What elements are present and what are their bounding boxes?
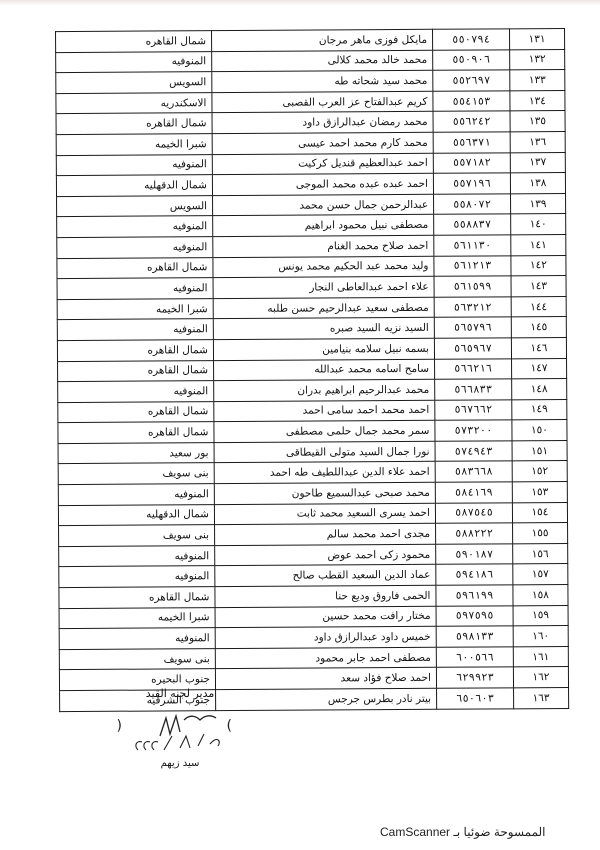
serial-cell: ١٥٨ (513, 585, 568, 606)
governorate-cell: المنوفيه (56, 154, 212, 176)
serial-cell: ١٥٧ (513, 564, 568, 585)
svg-text:(: ( (117, 718, 122, 734)
serial-cell: ١٣٩ (511, 193, 566, 214)
governorate-cell: المنوفيه (57, 278, 213, 300)
signatory-name: سيد زيهم (100, 758, 260, 769)
registration-id-cell: ٦٢٩٩٢٣ (436, 667, 513, 688)
name-cell: مصطفى سعيد عبدالرحيم حسن طلبه (213, 297, 434, 319)
serial-cell: ١٤٠ (511, 214, 566, 235)
registration-id-cell: ٥٦٥٧٩٦ (434, 317, 511, 338)
name-cell: سمر محمد جمال حلمى مصطفى (214, 421, 435, 443)
name-cell: علاء احمد عبدالعاطى النجار (213, 276, 434, 298)
registration-id-cell: ٥٦٦٢١٦ (435, 358, 512, 379)
signature-scribble-icon: ( ) (100, 706, 260, 756)
serial-cell: ١٥٥ (513, 523, 568, 544)
governorate-cell: شمال القاهره (58, 401, 214, 423)
serial-cell: ١٦٣ (514, 687, 569, 708)
governorate-cell: المنوفيه (58, 381, 214, 403)
governorate-cell: شبرا الخيمه (56, 134, 212, 156)
serial-cell: ١٥٤ (512, 502, 567, 523)
governorate-cell: المنوفيه (59, 628, 215, 650)
serial-cell: ١٣٧ (510, 152, 565, 173)
roster-table-container: ١٣١٥٥٠٧٩٤مايكل فوزى ماهر مرجانشمال القاه… (55, 28, 569, 712)
governorate-cell: السويس (57, 195, 213, 217)
name-cell: محمد سيد شحاته طه (212, 70, 433, 92)
name-cell: بسمه نبيل سلامه بنيامين (213, 338, 434, 360)
svg-text:): ) (227, 718, 232, 734)
governorate-cell: شمال القاهره (59, 587, 215, 609)
serial-cell: ١٣٦ (510, 131, 565, 152)
registration-id-cell: ٥٥٧١٩٦ (433, 173, 510, 194)
serial-cell: ١٥٢ (512, 461, 567, 482)
registration-id-cell: ٥٩٨١٣٣ (436, 626, 513, 647)
name-cell: احمد عبده عبده محمد الموجى (212, 173, 433, 195)
name-cell: سامح اسامه محمد عبدالله (214, 359, 435, 381)
governorate-cell: بنى سويف (59, 525, 215, 547)
registration-id-cell: ٥٨٤١٦٩ (435, 482, 512, 503)
governorate-cell: شمال الدقهليه (58, 504, 214, 526)
governorate-cell: المنوفيه (58, 484, 214, 506)
registration-id-cell: ٥٥٢٦٩٧ (433, 70, 510, 91)
serial-cell: ١٦٢ (513, 667, 568, 688)
name-cell: مايكل فوزى ماهر مرجان (212, 29, 433, 51)
governorate-cell: السويس (56, 72, 212, 94)
registration-id-cell: ٥٦٧٦٦٢ (435, 400, 512, 421)
name-cell: مصطفى احمد جابر محمود (215, 647, 436, 669)
governorate-cell: المنوفيه (57, 319, 213, 341)
roster-table-body: ١٣١٥٥٠٧٩٤مايكل فوزى ماهر مرجانشمال القاه… (56, 29, 569, 712)
name-cell: احمد يسرى السعيد محمد ثابت (214, 503, 435, 525)
name-cell: محمد عبدالرحيم ابراهيم بدران (214, 379, 435, 401)
serial-cell: ١٤٩ (512, 399, 567, 420)
registration-id-cell: ٥٧٤٩٤٣ (435, 441, 512, 462)
name-cell: مختار رافت محمد حسين (215, 606, 436, 628)
serial-cell: ١٦١ (513, 646, 568, 667)
registration-id-cell: ٥٦٦٨٣٣ (435, 379, 512, 400)
serial-cell: ١٤٧ (512, 358, 567, 379)
name-cell: الحمى فاروق وديع حنا (215, 585, 436, 607)
serial-cell: ١٣١ (510, 29, 565, 50)
serial-cell: ١٤٢ (511, 255, 566, 276)
governorate-cell: المنوفيه (59, 545, 215, 567)
registration-id-cell: ٥٦١١٣٠ (434, 235, 511, 256)
registration-id-cell: ٥٨٣٦٦٨ (435, 461, 512, 482)
serial-cell: ١٣٢ (510, 49, 565, 70)
registration-id-cell: ٥٥٨٠٧٢ (434, 194, 511, 215)
name-cell: محمد خالد محمد كلالى (212, 50, 433, 72)
registration-id-cell: ٥٦١٢١٣ (434, 255, 511, 276)
scan-top-edge (0, 0, 600, 6)
name-cell: مجدى احمد محمد سالم (215, 524, 436, 546)
governorate-cell: بنى سويف (58, 463, 214, 485)
governorate-cell: شمال الدقهليه (56, 175, 212, 197)
registration-id-cell: ٥٩٧٥٩٥ (436, 605, 513, 626)
governorate-cell: شمال القاهره (58, 360, 214, 382)
governorate-cell: شمال القاهره (57, 340, 213, 362)
registration-id-cell: ٥٩٠١٨٧ (436, 544, 513, 565)
registration-id-cell: ٥٥٤١٥٣ (433, 91, 510, 112)
name-cell: محمد صبحى عبدالسميع طاحون (214, 482, 435, 504)
serial-cell: ١٣٨ (510, 173, 565, 194)
name-cell: محمد رمضان عبدالرازق داود (212, 112, 433, 134)
registration-id-cell: ٥٥٦٣٧١ (433, 132, 510, 153)
governorate-cell: الاسكندريه (56, 92, 212, 114)
name-cell: عبدالرحمن جمال حسن محمد (213, 194, 434, 216)
name-cell: نورا جمال السيد متولى القيطاقى (214, 441, 435, 463)
serial-cell: ١٤١ (511, 234, 566, 255)
serial-cell: ١٤٥ (511, 317, 566, 338)
registration-id-cell: ٥٦٥٩٦٧ (434, 338, 511, 359)
serial-cell: ١٦٠ (513, 626, 568, 647)
serial-cell: ١٥٦ (513, 543, 568, 564)
serial-cell: ١٥١ (512, 440, 567, 461)
governorate-cell: المنوفيه (59, 566, 215, 588)
registration-id-cell: ٥٥٧١٨٢ (433, 152, 510, 173)
registration-id-cell: ٥٧٣٢٠٠ (435, 420, 512, 441)
governorate-cell: المنوفيه (57, 237, 213, 259)
serial-cell: ١٥٠ (512, 420, 567, 441)
name-cell: وليد محمد عبد الحكيم محمد يونس (213, 256, 434, 278)
governorate-cell: شمال القاهره (56, 113, 212, 135)
serial-cell: ١٥٣ (512, 482, 567, 503)
serial-cell: ١٣٥ (510, 111, 565, 132)
registration-id-cell: ٥٨٨٢٢٢ (436, 523, 513, 544)
governorate-cell: بور سعيد (58, 443, 214, 465)
governorate-cell: شبرا الخيمه (59, 607, 215, 629)
governorate-cell: المنوفيه (57, 216, 213, 238)
registration-id-cell: ٥٦١٥٩٩ (434, 276, 511, 297)
serial-cell: ١٣٤ (510, 90, 565, 111)
registration-id-cell: ٥٥٨٨٣٧ (434, 214, 511, 235)
registration-id-cell: ٥٥٠٩٠٦ (433, 49, 510, 70)
registration-id-cell: ٥٦٣٢١٢ (434, 297, 511, 318)
registration-id-cell: ٦٠٠٥٦٦ (436, 647, 513, 668)
serial-cell: ١٤٣ (511, 276, 566, 297)
governorate-cell: المنوفيه (56, 51, 212, 73)
name-cell: خميس داود عبدالرازق داود (215, 627, 436, 649)
camscanner-watermark: الممسوحة ضوئيا بـ CamScanner (380, 825, 546, 839)
handwritten-signature: ( ) (100, 706, 260, 756)
name-cell: محمد كارم محمد احمد عيسى (212, 132, 433, 154)
governorate-cell: بنى سويف (59, 648, 215, 670)
roster-table: ١٣١٥٥٠٧٩٤مايكل فوزى ماهر مرجانشمال القاه… (55, 28, 569, 712)
name-cell: احمد علاء الدين عبداللطيف طه احمد (214, 462, 435, 484)
registration-id-cell: ٥٩٦١٩٩ (436, 585, 513, 606)
registration-id-cell: ٥٩٤١٨٦ (436, 564, 513, 585)
registration-id-cell: ٥٨٧٥٤٥ (435, 502, 512, 523)
governorate-cell: شبرا الخيمه (57, 298, 213, 320)
registration-id-cell: ٦٥٠٦٠٣ (437, 688, 514, 709)
name-cell: عماد الدين السعيد القطب صالح (215, 565, 436, 587)
registration-id-cell: ٥٥٦٢٤٢ (433, 111, 510, 132)
serial-cell: ١٤٨ (512, 379, 567, 400)
serial-cell: ١٤٦ (511, 337, 566, 358)
registration-id-cell: ٥٥٠٧٩٤ (433, 29, 510, 50)
governorate-cell: شمال القاهره (56, 31, 212, 53)
serial-cell: ١٤٤ (511, 296, 566, 317)
governorate-cell: شمال القاهره (58, 422, 214, 444)
signature-block: مدير لجنه القيد ( ) سيد زيهم (100, 687, 260, 769)
serial-cell: ١٣٣ (510, 70, 565, 91)
name-cell: السيد نزيه السيد صبره (213, 318, 434, 340)
serial-cell: ١٥٩ (513, 605, 568, 626)
signature-title: مدير لجنه القيد (100, 687, 260, 700)
name-cell: كريم عبدالفتاح عز العرب القصبى (212, 91, 433, 113)
name-cell: احمد صلاح محمد الغنام (213, 235, 434, 257)
governorate-cell: شمال القاهره (57, 257, 213, 279)
name-cell: احمد محمد احمد سامى احمد (214, 400, 435, 422)
name-cell: احمد عبدالعظيم قنديل كركيت (212, 153, 433, 175)
name-cell: مصطفى نبيل محمود ابراهيم (213, 215, 434, 237)
name-cell: محمود زكى احمد عوض (215, 544, 436, 566)
